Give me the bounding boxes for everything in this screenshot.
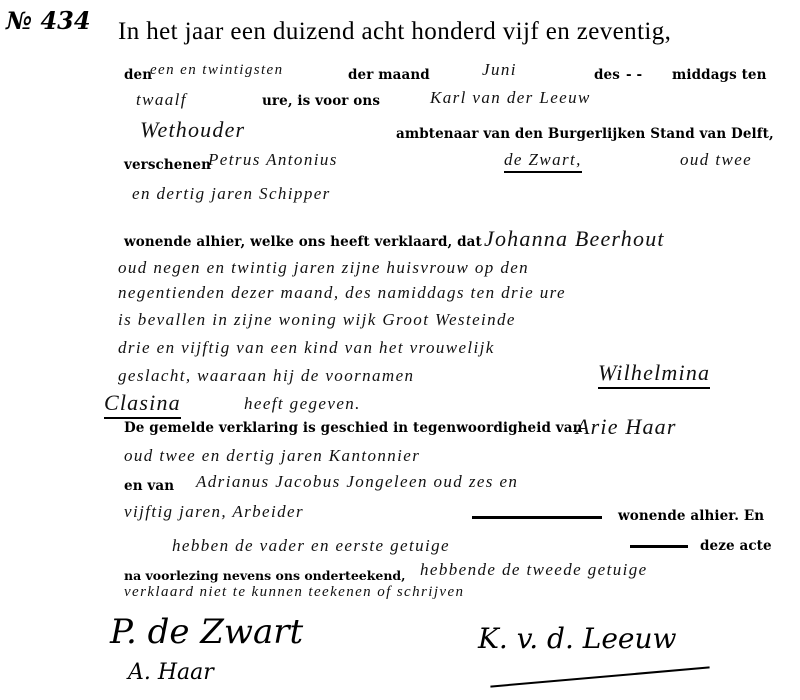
hand-child-first-name: Wilhelmina — [598, 360, 710, 389]
signature-official: K. v. d. Leeuw — [478, 622, 676, 655]
hand-line-10: drie en vijftig van een kind van het vro… — [118, 338, 495, 358]
record-number: № 434 — [6, 6, 91, 35]
hand-witness2-details: vijftig jaren, Arbeider — [124, 502, 304, 522]
hand-line-17: hebben de vader en eerste getuige — [172, 536, 450, 556]
hand-father-name: Petrus Antonius — [208, 150, 338, 170]
hand-line-12: heeft gegeven. — [244, 394, 361, 414]
hand-line-9: is bevallen in zijne woning wijk Groot W… — [118, 310, 516, 330]
label-ambtenaar: ambtenaar van den Burgerlijken Stand van… — [396, 126, 774, 142]
hand-line-18: hebbende de tweede getuige — [420, 560, 648, 580]
hand-line-7: oud negen en twintig jaren zijne huisvro… — [118, 258, 529, 278]
label-middags-ten: middags ten — [672, 67, 767, 83]
hand-father-age: oud twee — [680, 150, 752, 170]
hand-hour: twaalf — [136, 90, 187, 110]
hand-line-19: verklaard niet te kunnen teekenen of sch… — [124, 584, 464, 601]
label-verschenen: verschenen — [124, 157, 211, 173]
label-wonende-alhier-en: wonende alhier. En — [618, 508, 764, 524]
hand-official-name: Karl van der Leeuw — [430, 88, 591, 108]
label-wonende-verklaard: wonende alhier, welke ons heeft verklaar… — [124, 234, 482, 250]
label-den: den — [124, 67, 152, 83]
hand-mother-name: Johanna Beerhout — [484, 226, 665, 252]
label-des: des — [594, 67, 620, 83]
label-na-voorlezing: na voorlezing nevens ons onderteekend, — [124, 568, 406, 583]
label-deze-acte: deze acte — [700, 538, 772, 554]
hand-official-role: Wethouder — [140, 117, 245, 143]
hand-line-11: geslacht, waaraan hij de voornamen — [118, 366, 414, 386]
document-title: In het jaar een duizend acht honderd vij… — [118, 18, 671, 46]
signature-witness: A. Haar — [128, 660, 214, 685]
fill-line — [630, 545, 688, 548]
hand-line-8: negentienden dezer maand, des namiddags … — [118, 283, 566, 303]
hand-child-second-name: Clasina — [104, 390, 181, 419]
label-en-van: en van — [124, 478, 174, 494]
label-der-maand: der maand — [348, 67, 430, 83]
hand-witness1-details: oud twee en dertig jaren Kantonnier — [124, 446, 420, 466]
hand-witness2-name: Adrianus Jacobus Jongeleen oud zes en — [196, 472, 518, 492]
signature-father: P. de Zwart — [110, 612, 303, 652]
dashes: - - — [626, 67, 642, 83]
record-number-value: 434 — [40, 6, 90, 35]
hand-father-occupation: en dertig jaren Schipper — [132, 184, 331, 204]
fill-line — [472, 516, 602, 519]
hand-day: een en twintigsten — [150, 62, 284, 79]
label-gemelde-verklaring: De gemelde verklaring is geschied in teg… — [124, 420, 583, 436]
signature-flourish — [490, 666, 709, 687]
hand-father-surname: de Zwart, — [504, 150, 582, 173]
number-sign: № — [6, 6, 32, 35]
hand-witness1-name: Arie Haar — [576, 414, 677, 440]
hand-month: Juni — [482, 60, 517, 80]
label-ure-voor-ons: ure, is voor ons — [262, 93, 380, 109]
